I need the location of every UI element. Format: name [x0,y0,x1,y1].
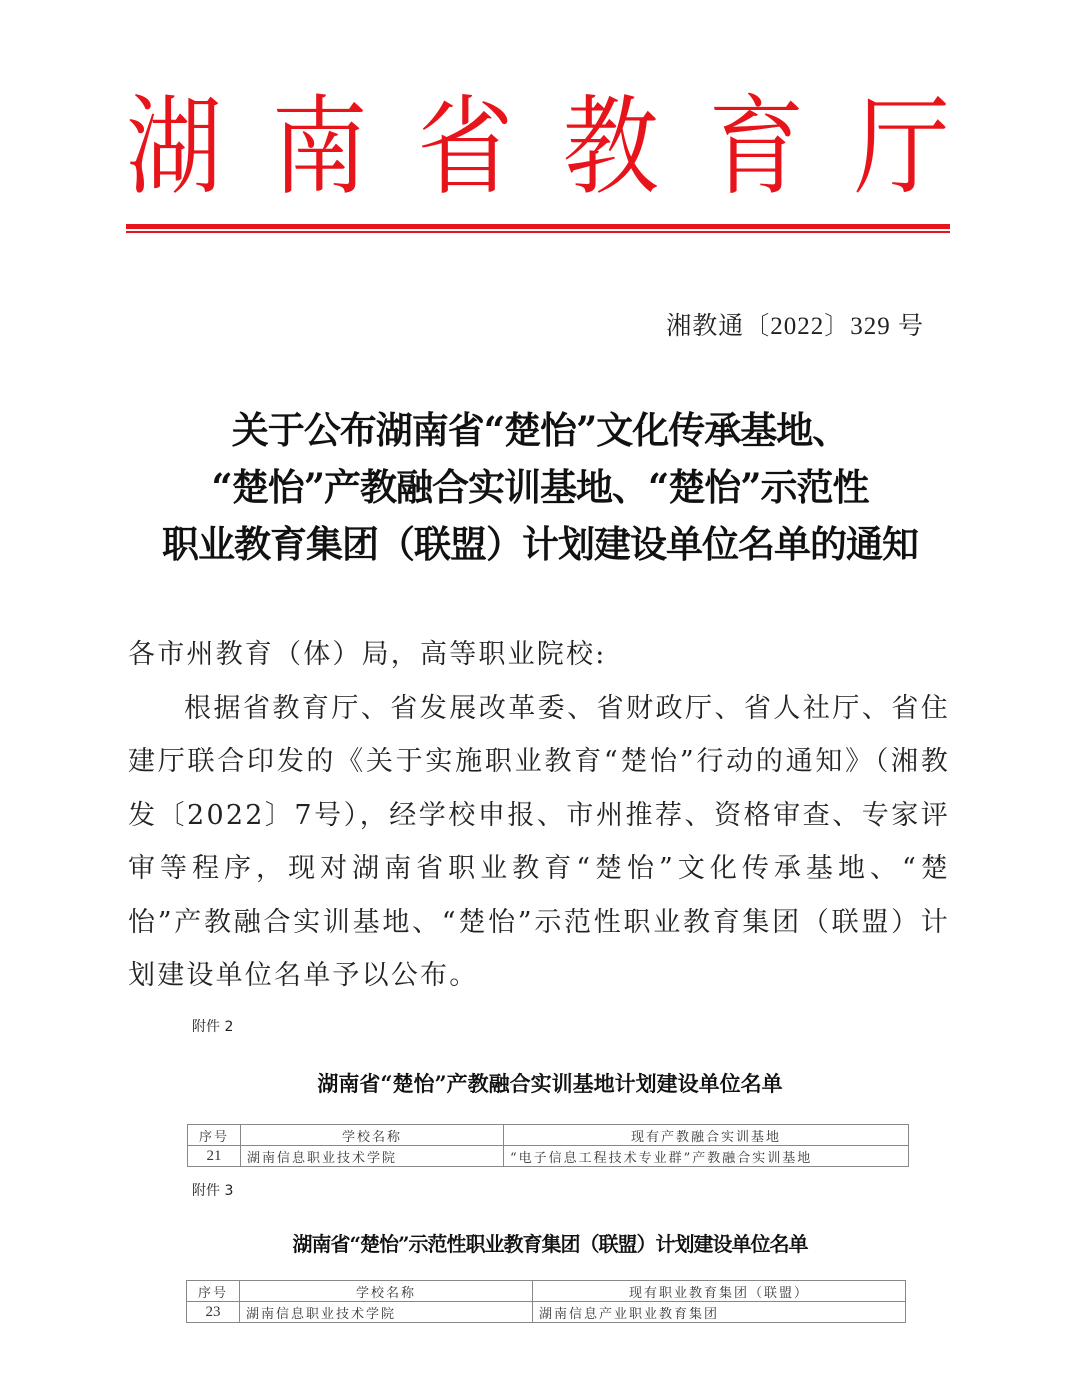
table-header-row: 序号 学校名称 现有职业教育集团（联盟） [187,1281,906,1302]
table-cell: 21 [188,1146,241,1167]
masthead-char: 育 [708,93,804,201]
document-body: 各市州教育（体）局，高等职业院校: 根据省教育厅、省发展改革委、省财政厅、省人社… [128,628,950,1003]
attachment-2-label: 附件 2 [192,1016,233,1036]
masthead-title: 湖 南 省 教 育 厅 [126,92,950,202]
document-title: 关于公布湖南省“楚怡”文化传承基地、 “楚怡”产教融合实训基地、“楚怡”示范性 … [120,402,960,573]
table-cell: 23 [187,1302,240,1323]
red-divider-thin [126,231,950,233]
table-row: 21 湖南信息职业技术学院 “电子信息工程技术专业群”产教融合实训基地 [188,1146,909,1167]
attachment-3-title: 湖南省“楚怡”示范性职业教育集团（联盟）计划建设单位名单 [180,1228,920,1257]
column-header: 现有产教融合实训基地 [504,1125,909,1146]
attachment-2-table: 序号 学校名称 现有产教融合实训基地 21 湖南信息职业技术学院 “电子信息工程… [187,1124,909,1167]
title-line: 关于公布湖南省“楚怡”文化传承基地、 [120,402,960,459]
table-cell: 湖南信息产业职业教育集团 [533,1302,906,1323]
table-cell: 湖南信息职业技术学院 [241,1146,504,1167]
masthead-char: 南 [272,93,368,201]
masthead-char: 教 [563,93,659,201]
document-number: 湘教通〔2022〕329 号 [666,306,924,342]
masthead-char: 湖 [126,93,222,201]
table-cell: 湖南信息职业技术学院 [240,1302,533,1323]
column-header: 现有职业教育集团（联盟） [533,1281,906,1302]
title-line: “楚怡”产教融合实训基地、“楚怡”示范性 [120,459,960,516]
attachment-3-table: 序号 学校名称 现有职业教育集团（联盟） 23 湖南信息职业技术学院 湖南信息产… [186,1280,906,1323]
table-cell: “电子信息工程技术专业群”产教融合实训基地 [504,1146,909,1167]
title-line: 职业教育集团（联盟）计划建设单位名单的通知 [120,516,960,573]
attachment-3-label: 附件 3 [192,1180,233,1200]
table-row: 23 湖南信息职业技术学院 湖南信息产业职业教育集团 [187,1302,906,1323]
attachment-2-title: 湖南省“楚怡”产教融合实训基地计划建设单位名单 [180,1068,920,1098]
column-header: 序号 [187,1281,240,1302]
column-header: 学校名称 [241,1125,504,1146]
masthead-char: 厅 [854,93,950,201]
column-header: 学校名称 [240,1281,533,1302]
red-divider-thick [126,224,950,229]
body-paragraph: 根据省教育厅、省发展改革委、省财政厅、省人社厅、省住建厅联合印发的《关于实施职业… [128,682,950,1003]
masthead-char: 省 [417,93,513,201]
salutation: 各市州教育（体）局，高等职业院校: [128,628,950,682]
table-header-row: 序号 学校名称 现有产教融合实训基地 [188,1125,909,1146]
column-header: 序号 [188,1125,241,1146]
